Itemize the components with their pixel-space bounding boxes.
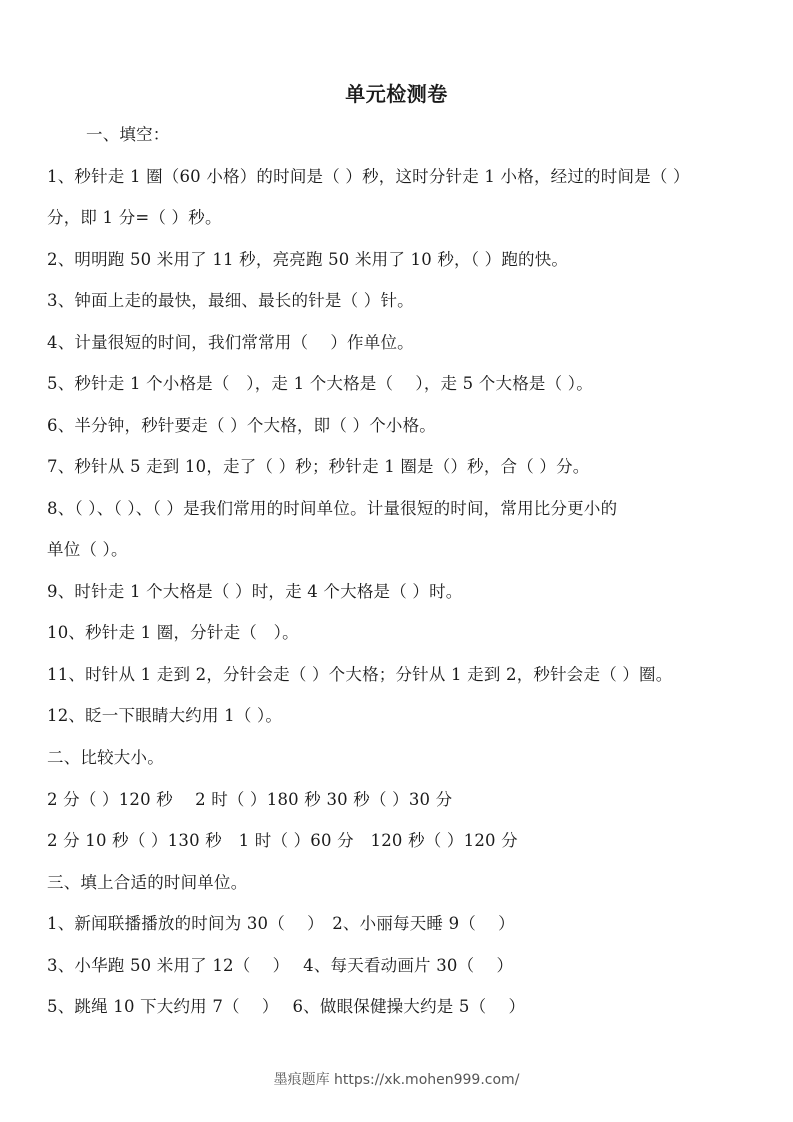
question-line: 9、时针走 1 个大格是（ ）时，走 4 个大格是（ ）时。 bbox=[47, 581, 462, 603]
section-1-heading: 一、填空： bbox=[86, 124, 170, 146]
question-line: 5、秒针走 1 个小格是（ ），走 1 个大格是（ ），走 5 个大格是（ ）。 bbox=[47, 373, 593, 395]
compare-line: 2 分 10 秒（ ）130 秒 1 时（ ）60 分 120 秒（ ）120 … bbox=[47, 830, 518, 852]
question-line: 单位（ ）。 bbox=[47, 539, 128, 561]
section-2-heading: 二、比较大小。 bbox=[47, 747, 164, 769]
unit-line: 3、小华跑 50 米用了 12（ ） 4、每天看动画片 30（ ） bbox=[47, 955, 513, 977]
unit-line: 5、跳绳 10 下大约用 7（ ） 6、做眼保健操大约是 5（ ） bbox=[47, 996, 525, 1018]
question-line: 12、眨一下眼睛大约用 1（ ）。 bbox=[47, 705, 282, 727]
question-line: 4、计量很短的时间，我们常常用（ ）作单位。 bbox=[47, 332, 414, 354]
worksheet-page: 单元检测卷 一、填空： 1、秒针走 1 圈（60 小格）的时间是（ ）秒，这时分… bbox=[0, 0, 793, 1122]
question-line: 6、半分钟，秒针要走（ ）个大格，即（ ）个小格。 bbox=[47, 415, 436, 437]
page-title: 单元检测卷 bbox=[0, 80, 793, 108]
section-3-heading: 三、填上合适的时间单位。 bbox=[47, 872, 247, 894]
question-line: 分，即 1 分=（ ）秒。 bbox=[47, 207, 222, 229]
footer-watermark: 墨痕题库 https://xk.mohen999.com/ bbox=[0, 1070, 793, 1090]
compare-line: 2 分（ ）120 秒 2 时（ ）180 秒 30 秒（ ）30 分 bbox=[47, 789, 452, 811]
question-line: 2、明明跑 50 米用了 11 秒，亮亮跑 50 米用了 10 秒，（ ）跑的快… bbox=[47, 249, 568, 271]
question-line: 1、秒针走 1 圈（60 小格）的时间是（ ）秒，这时分针走 1 小格，经过的时… bbox=[47, 166, 690, 188]
question-line: 7、秒针从 5 走到 10，走了（ ）秒；秒针走 1 圈是（）秒，合（ ）分。 bbox=[47, 456, 590, 478]
question-line: 8、（ ）、（ ）、（ ）是我们常用的时间单位。计量很短的时间，常用比分更小的 bbox=[47, 498, 617, 520]
unit-line: 1、新闻联播播放的时间为 30（ ） 2、小丽每天睡 9（ ） bbox=[47, 913, 515, 935]
question-line: 3、钟面上走的最快，最细、最长的针是（ ）针。 bbox=[47, 290, 414, 312]
question-line: 11、时针从 1 走到 2，分针会走（ ）个大格；分针从 1 走到 2，秒针会走… bbox=[47, 664, 672, 686]
question-line: 10、秒针走 1 圈，分针走（ ）。 bbox=[47, 622, 299, 644]
